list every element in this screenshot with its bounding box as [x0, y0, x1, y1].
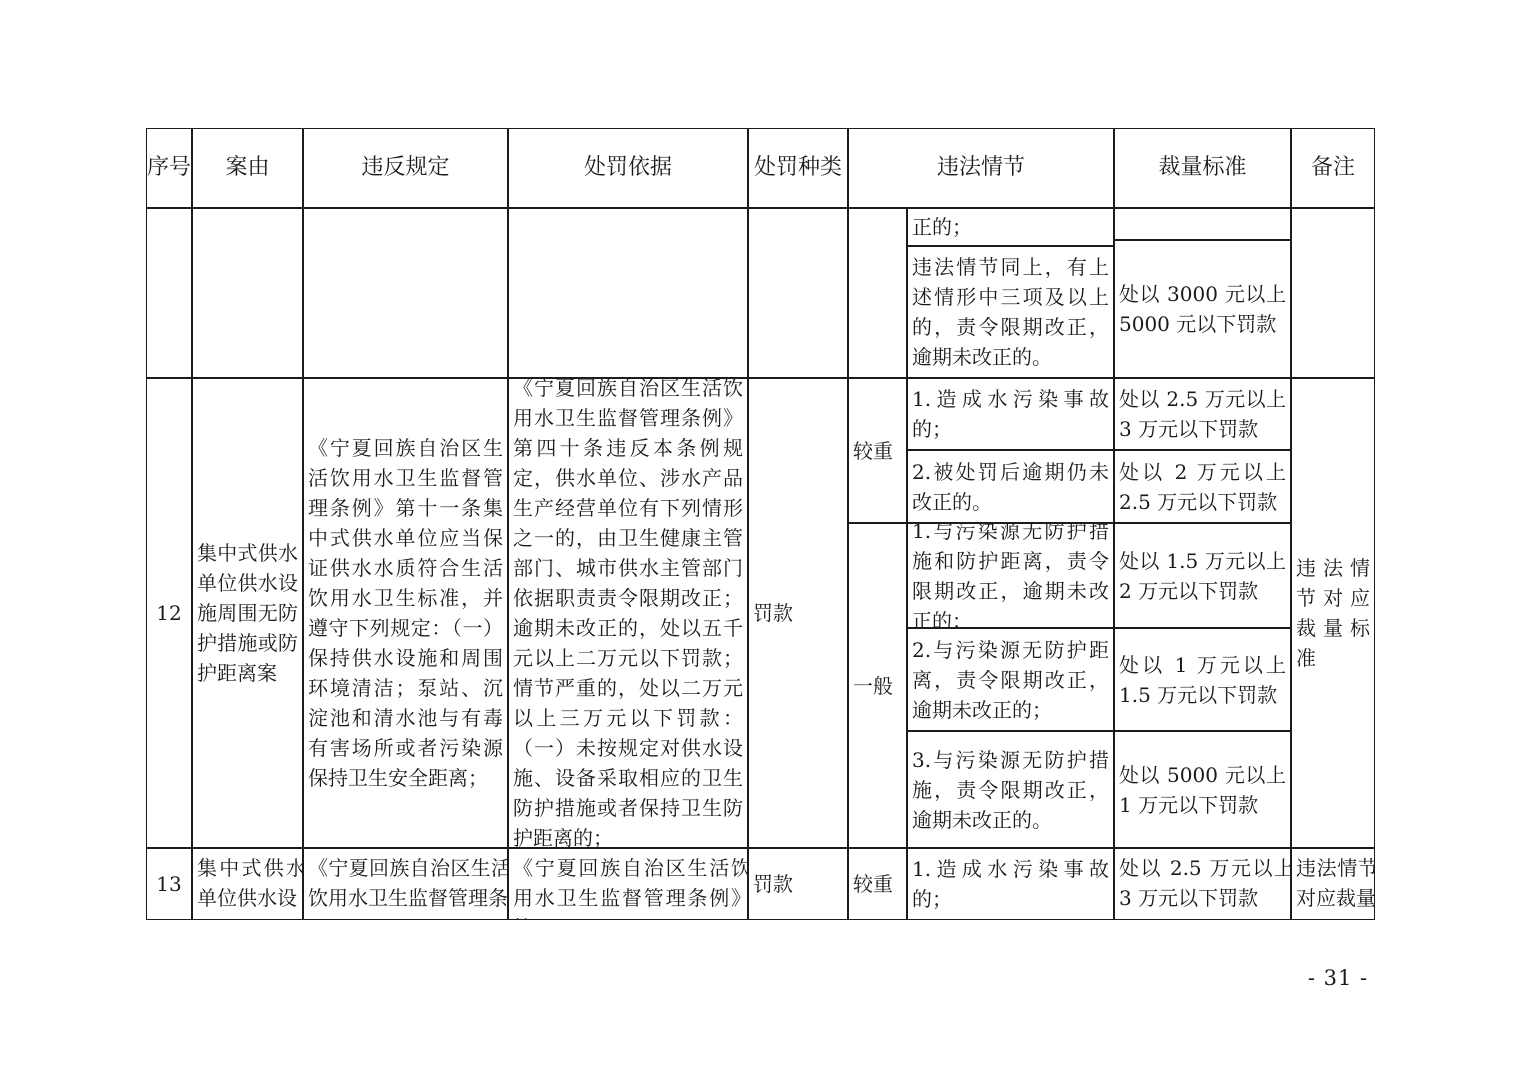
cell-r11-biaozhun-b: 处以 3000 元以上 5000 元以下罚款 [1114, 240, 1291, 378]
cell-r12-severity-jiaozhong: 较重 [848, 378, 907, 523]
qingjie-text: 1.造成水污染事故的； [908, 383, 1113, 445]
qingjie-text: 3.与污染源无防护措施，责令限期改正，逾期未改正的。 [908, 744, 1113, 836]
biaozhun-text: 处以 3000 元以上 5000 元以下罚款 [1115, 278, 1290, 340]
cell-r13-weifan: 《宁夏回族自治区生活饮用水卫生监督管理条 [303, 848, 508, 920]
cell-r13-anyou: 集中式供水单位供水设 [192, 848, 303, 920]
cell-r12-qingjie-2: 2.被处罚后逾期仍未改正的。 [907, 450, 1114, 523]
cell-r12-xuhao: 12 [146, 378, 192, 848]
severity-text: 一般 [849, 670, 906, 702]
qingjie-text: 1.与污染源无防护措施和防护距离，责令限期改正，逾期未改正的； [908, 523, 1113, 628]
cell-r13-beizhu: 违法情节对应裁量 [1291, 848, 1375, 920]
cell-r12-qingjie-3: 1.与污染源无防护措施和防护距离，责令限期改正，逾期未改正的； [907, 523, 1114, 628]
row-number: 12 [147, 597, 191, 629]
header-cell-weifan: 违反规定 [303, 128, 508, 208]
cell-r12-weifan: 《宁夏回族自治区生活饮用水卫生监督管理条例》第十一条集中式供水单位应当保证供水水… [303, 378, 508, 848]
cell-r11-anyou-empty [192, 208, 303, 378]
header-label-biaozhun: 裁量标准 [1158, 153, 1246, 183]
header-cell-beizhu: 备注 [1291, 128, 1375, 208]
header-cell-qingjie: 违法情节 [848, 128, 1114, 208]
cell-r11-qingjie-b: 违法情节同上，有上述情形中三项及以上的，责令限期改正，逾期未改正的。 [907, 246, 1114, 378]
beizhu-text: 违法情节对应裁量 [1292, 849, 1375, 914]
biaozhun-text: 处以 1.5 万元以上 2 万元以下罚款 [1115, 545, 1290, 607]
zhonglei-text: 罚款 [749, 597, 847, 629]
yiju-text: 《宁夏回族自治区生活饮用水卫生监督管理条例》第四十条违反本条例规定，供水单位、涉… [509, 378, 747, 848]
cell-r12-qingjie-4: 2.与污染源无防护距离，责令限期改正，逾期未改正的； [907, 628, 1114, 731]
header-label-yiju: 处罚依据 [584, 153, 672, 183]
cell-r12-anyou: 集中式供水单位供水设施周围无防护措施或防护距离案 [192, 378, 303, 848]
cell-r13-severity: 较重 [848, 848, 907, 920]
cell-r12-zhonglei: 罚款 [748, 378, 848, 848]
cell-r13-yiju: 《宁夏回族自治区生活饮用水卫生监督管理条例》第 [508, 848, 748, 920]
header-label-anyou: 案由 [225, 153, 269, 183]
severity-text: 较重 [849, 868, 906, 900]
cell-r12-biaozhun-3: 处以 1.5 万元以上 2 万元以下罚款 [1114, 523, 1291, 628]
cell-r12-qingjie-5: 3.与污染源无防护措施，责令限期改正，逾期未改正的。 [907, 731, 1114, 848]
weifan-text: 《宁夏回族自治区生活饮用水卫生监督管理条例》第十一条集中式供水单位应当保证供水水… [304, 432, 507, 794]
header-cell-yiju: 处罚依据 [508, 128, 748, 208]
cell-r11-beizhu-empty [1291, 208, 1375, 378]
biaozhun-text: 处以 5000 元以上 1 万元以下罚款 [1115, 759, 1290, 821]
cell-r12-yiju: 《宁夏回族自治区生活饮用水卫生监督管理条例》第四十条违反本条例规定，供水单位、涉… [508, 378, 748, 848]
severity-text: 较重 [849, 435, 906, 467]
cell-r12-biaozhun-4: 处以 1 万元以上 1.5 万元以下罚款 [1114, 628, 1291, 731]
qingjie-text: 2.被处罚后逾期仍未改正的。 [908, 456, 1113, 518]
header-cell-xuhao: 序号 [146, 128, 192, 208]
header-label-qingjie: 违法情节 [937, 153, 1025, 183]
cell-r12-beizhu: 违法情节对应裁量标准 [1291, 378, 1375, 848]
cell-r11-zhonglei-empty [748, 208, 848, 378]
cell-r13-biaozhun: 处以 2.5 万元以上 3 万元以下罚款 [1114, 848, 1291, 920]
row-number: 13 [147, 868, 191, 900]
cell-r11-weifan-empty [303, 208, 508, 378]
cell-r11-qingjie-a: 正的； [907, 208, 1114, 246]
cell-r12-qingjie-1: 1.造成水污染事故的； [907, 378, 1114, 450]
qingjie-text: 违法情节同上，有上述情形中三项及以上的，责令限期改正，逾期未改正的。 [908, 251, 1113, 373]
header-cell-anyou: 案由 [192, 128, 303, 208]
qingjie-text: 2.与污染源无防护距离，责令限期改正，逾期未改正的； [908, 634, 1113, 726]
header-label-weifan: 违反规定 [361, 153, 449, 183]
weifan-text: 《宁夏回族自治区生活饮用水卫生监督管理条 [304, 849, 508, 914]
biaozhun-text: 处以 2 万元以上 2.5 万元以下罚款 [1115, 456, 1290, 518]
document-page: 序号 案由 违反规定 处罚依据 处罚种类 违法情节 裁量标准 备注 正的； 违法… [0, 0, 1520, 1074]
cell-r13-zhonglei: 罚款 [748, 848, 848, 920]
cell-r11-severity-empty [848, 208, 907, 378]
cell-r13-qingjie: 1.造成水污染事故的； [907, 848, 1114, 920]
qingjie-text: 正的； [908, 211, 1113, 243]
cell-r13-xuhao: 13 [146, 848, 192, 920]
anyou-text: 集中式供水单位供水设 [193, 849, 303, 914]
page-number: - 31 - [1296, 966, 1380, 990]
biaozhun-text: 处以 2.5 万元以上 3 万元以下罚款 [1115, 849, 1291, 914]
header-label-zhonglei: 处罚种类 [754, 153, 842, 183]
qingjie-text: 1.造成水污染事故的； [908, 853, 1113, 915]
cell-r12-biaozhun-2: 处以 2 万元以上 2.5 万元以下罚款 [1114, 450, 1291, 523]
beizhu-text: 违法情节对应裁量标准 [1292, 552, 1374, 674]
cell-r12-severity-yiban: 一般 [848, 523, 907, 848]
header-label-xuhao: 序号 [147, 153, 191, 183]
cell-r11-yiju-empty [508, 208, 748, 378]
anyou-text: 集中式供水单位供水设施周围无防护措施或防护距离案 [193, 537, 302, 689]
header-label-beizhu: 备注 [1311, 153, 1355, 183]
cell-r11-biaozhun-a-empty [1114, 208, 1291, 240]
header-cell-zhonglei: 处罚种类 [748, 128, 848, 208]
cell-r11-xuhao-empty [146, 208, 192, 378]
cell-r12-biaozhun-1: 处以 2.5 万元以上 3 万元以下罚款 [1114, 378, 1291, 450]
biaozhun-text: 处以 1 万元以上 1.5 万元以下罚款 [1115, 649, 1290, 711]
cell-r12-biaozhun-5: 处以 5000 元以上 1 万元以下罚款 [1114, 731, 1291, 848]
header-cell-biaozhun: 裁量标准 [1114, 128, 1291, 208]
zhonglei-text: 罚款 [749, 868, 847, 900]
yiju-text: 《宁夏回族自治区生活饮用水卫生监督管理条例》第 [509, 849, 748, 920]
biaozhun-text: 处以 2.5 万元以上 3 万元以下罚款 [1115, 383, 1290, 445]
